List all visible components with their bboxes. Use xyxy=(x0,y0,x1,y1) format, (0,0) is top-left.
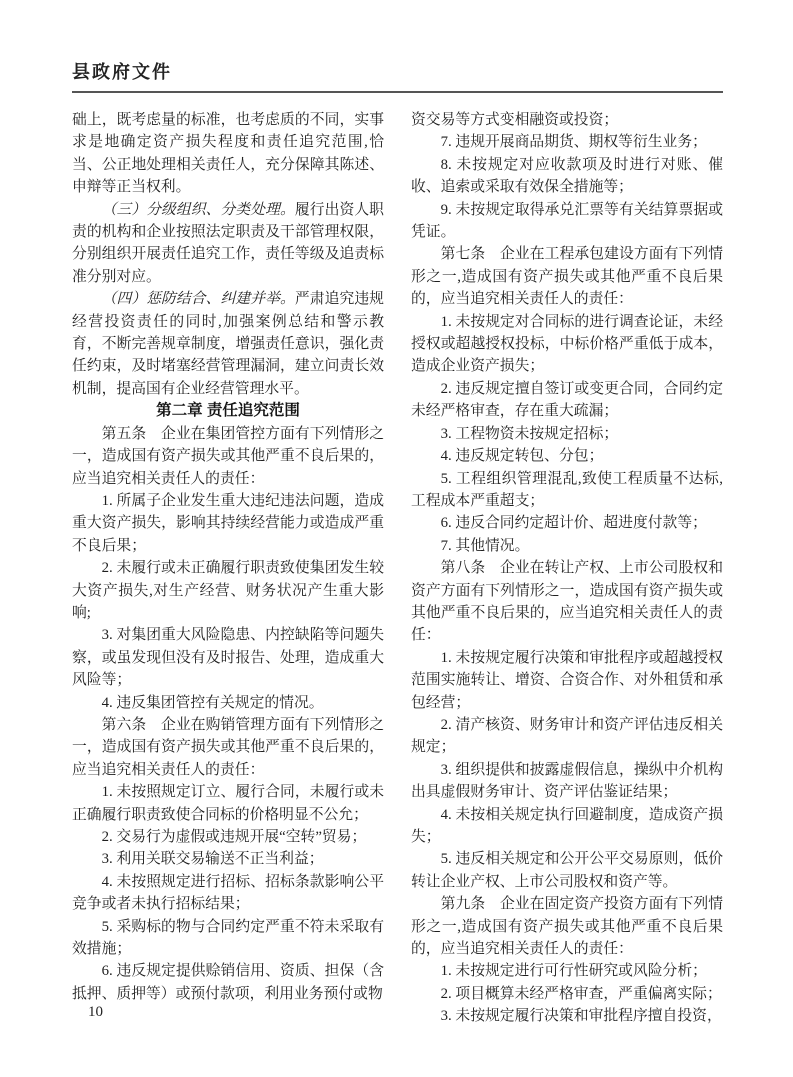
article-paragraph: 第七条 企业在工程承包建设方面有下列情形之一,造成国有资产损失或其他严重不良后果… xyxy=(411,243,723,310)
list-item: 1. 未按照规定订立、履行合同，未履行或未正确履行职责致使合同标的价格明显不公允… xyxy=(72,781,384,826)
list-item: 8. 未按规定对应收款项及时进行对账、催收、追索或采取有效保全措施等； xyxy=(411,154,723,199)
list-item: 3. 工程物资未按规定招标； xyxy=(411,423,723,445)
paragraph: （三）分级组织、分类处理。履行出资人职责的机构和企业按照法定职责及干部管理权限，… xyxy=(72,199,384,289)
page-number: 10 xyxy=(88,1004,103,1021)
list-item: 2. 项目概算未经严格审查，严重偏离实际； xyxy=(411,983,723,1005)
article-paragraph: 第六条 企业在购销管理方面有下列情形之一，造成国有资产损失或其他严重不良后果的，… xyxy=(72,714,384,781)
list-item: 6. 违反合同约定超计价、超进度付款等； xyxy=(411,512,723,534)
list-item: 7. 违规开展商品期货、期权等衍生业务； xyxy=(411,131,723,153)
list-item: 1. 所属子企业发生重大违纪违法问题，造成重大资产损失，影响其持续经营能力或造成… xyxy=(72,490,384,557)
list-item: 4. 未按照规定进行招标、招标条款影响公平竞争或者未执行招标结果； xyxy=(72,871,384,916)
article-paragraph: 第九条 企业在固定资产投资方面有下列情形之一,造成国有资产损失或其他严重不良后果… xyxy=(411,893,723,960)
list-item: 3. 对集团重大风险隐患、内控缺陷等问题失察，或虽发现但没有及时报告、处理，造成… xyxy=(72,624,384,691)
list-item: 2. 清产核资、财务审计和资产评估违反相关规定； xyxy=(411,714,723,759)
list-item: 3. 组织提供和披露虚假信息，操纵中介机构出具虚假财务审计、资产评估鉴证结果； xyxy=(411,759,723,804)
list-item: 7. 其他情况。 xyxy=(411,535,723,557)
list-item: 2. 违反规定擅自签订或变更合同，合同约定未经严格审查，存在重大疏漏； xyxy=(411,378,723,423)
list-item: 6. 违反规定提供赊销信用、资质、担保（含抵押、质押等）或预付款项，利用业务预付… xyxy=(72,960,384,1005)
list-item: 4. 未按相关规定执行回避制度，造成资产损失； xyxy=(411,804,723,849)
list-item: 5. 采购标的物与合同约定严重不符未采取有效措施； xyxy=(72,916,384,961)
article-paragraph: 第八条 企业在转让产权、上市公司股权和资产方面有下列情形之一，造成国有资产损失或… xyxy=(411,557,723,647)
list-item: 1. 未按规定进行可行性研究或风险分析； xyxy=(411,960,723,982)
page-header: 县政府文件 xyxy=(72,58,723,93)
list-item: 4. 违反规定转包、分包； xyxy=(411,445,723,467)
text-columns: 础上，既考虑量的标准，也考虑质的不同，实事求是地确定资产损失程度和责任追究范围,… xyxy=(72,109,723,1028)
left-column: 础上，既考虑量的标准，也考虑质的不同，实事求是地确定资产损失程度和责任追究范围,… xyxy=(72,109,384,1028)
list-item: 4. 违反集团管控有关规定的情况。 xyxy=(72,692,384,714)
paragraph: 础上，既考虑量的标准，也考虑质的不同，实事求是地确定资产损失程度和责任追究范围,… xyxy=(72,109,384,199)
paragraph: （四）惩防结合、纠建并举。严肃追究违规经营投资责任的同时,加强案例总结和警示教育… xyxy=(72,288,384,400)
right-column: 资交易等方式变相融资或投资； 7. 违规开展商品期货、期权等衍生业务； 8. 未… xyxy=(411,109,723,1028)
list-item: 2. 未履行或未正确履行职责致使集团发生较大资产损失,对生产经营、财务状况产生重… xyxy=(72,557,384,624)
list-item: 1. 未按规定对合同标的进行调查论证，未经授权或超越授权投标，中标价格严重低于成… xyxy=(411,311,723,378)
list-item: 9. 未按规定取得承兑汇票等有关结算票据或凭证。 xyxy=(411,199,723,244)
paragraph: 资交易等方式变相融资或投资； xyxy=(411,109,723,131)
page-content: 县政府文件 础上，既考虑量的标准，也考虑质的不同，实事求是地确定资产损失程度和责… xyxy=(0,0,793,1028)
document-page: 县政府文件 础上，既考虑量的标准，也考虑质的不同，实事求是地确定资产损失程度和责… xyxy=(0,0,793,1077)
list-item: 5. 违反相关规定和公开公平交易原则，低价转让企业产权、上市公司股权和资产等。 xyxy=(411,848,723,893)
chapter-heading: 第二章 责任追究范围 xyxy=(72,400,384,422)
list-item: 1. 未按规定履行决策和审批程序或超越授权范围实施转让、增资、合资合作、对外租赁… xyxy=(411,647,723,714)
list-item: 3. 利用关联交易输送不正当利益； xyxy=(72,848,384,870)
kaiti-lead: （三）分级组织、分类处理。 xyxy=(102,202,295,218)
list-item: 2. 交易行为虚假或违规开展“空转”贸易； xyxy=(72,826,384,848)
header-title: 县政府文件 xyxy=(72,62,172,82)
kaiti-lead: （四）惩防结合、纠建并举。 xyxy=(102,291,295,307)
article-paragraph: 第五条 企业在集团管控方面有下列情形之一，造成国有资产损失或其他严重不良后果的，… xyxy=(72,423,384,490)
list-item: 3. 未按规定履行决策和审批程序擅自投资， xyxy=(411,1005,723,1027)
list-item: 5. 工程组织管理混乱,致使工程质量不达标,工程成本严重超支； xyxy=(411,468,723,513)
